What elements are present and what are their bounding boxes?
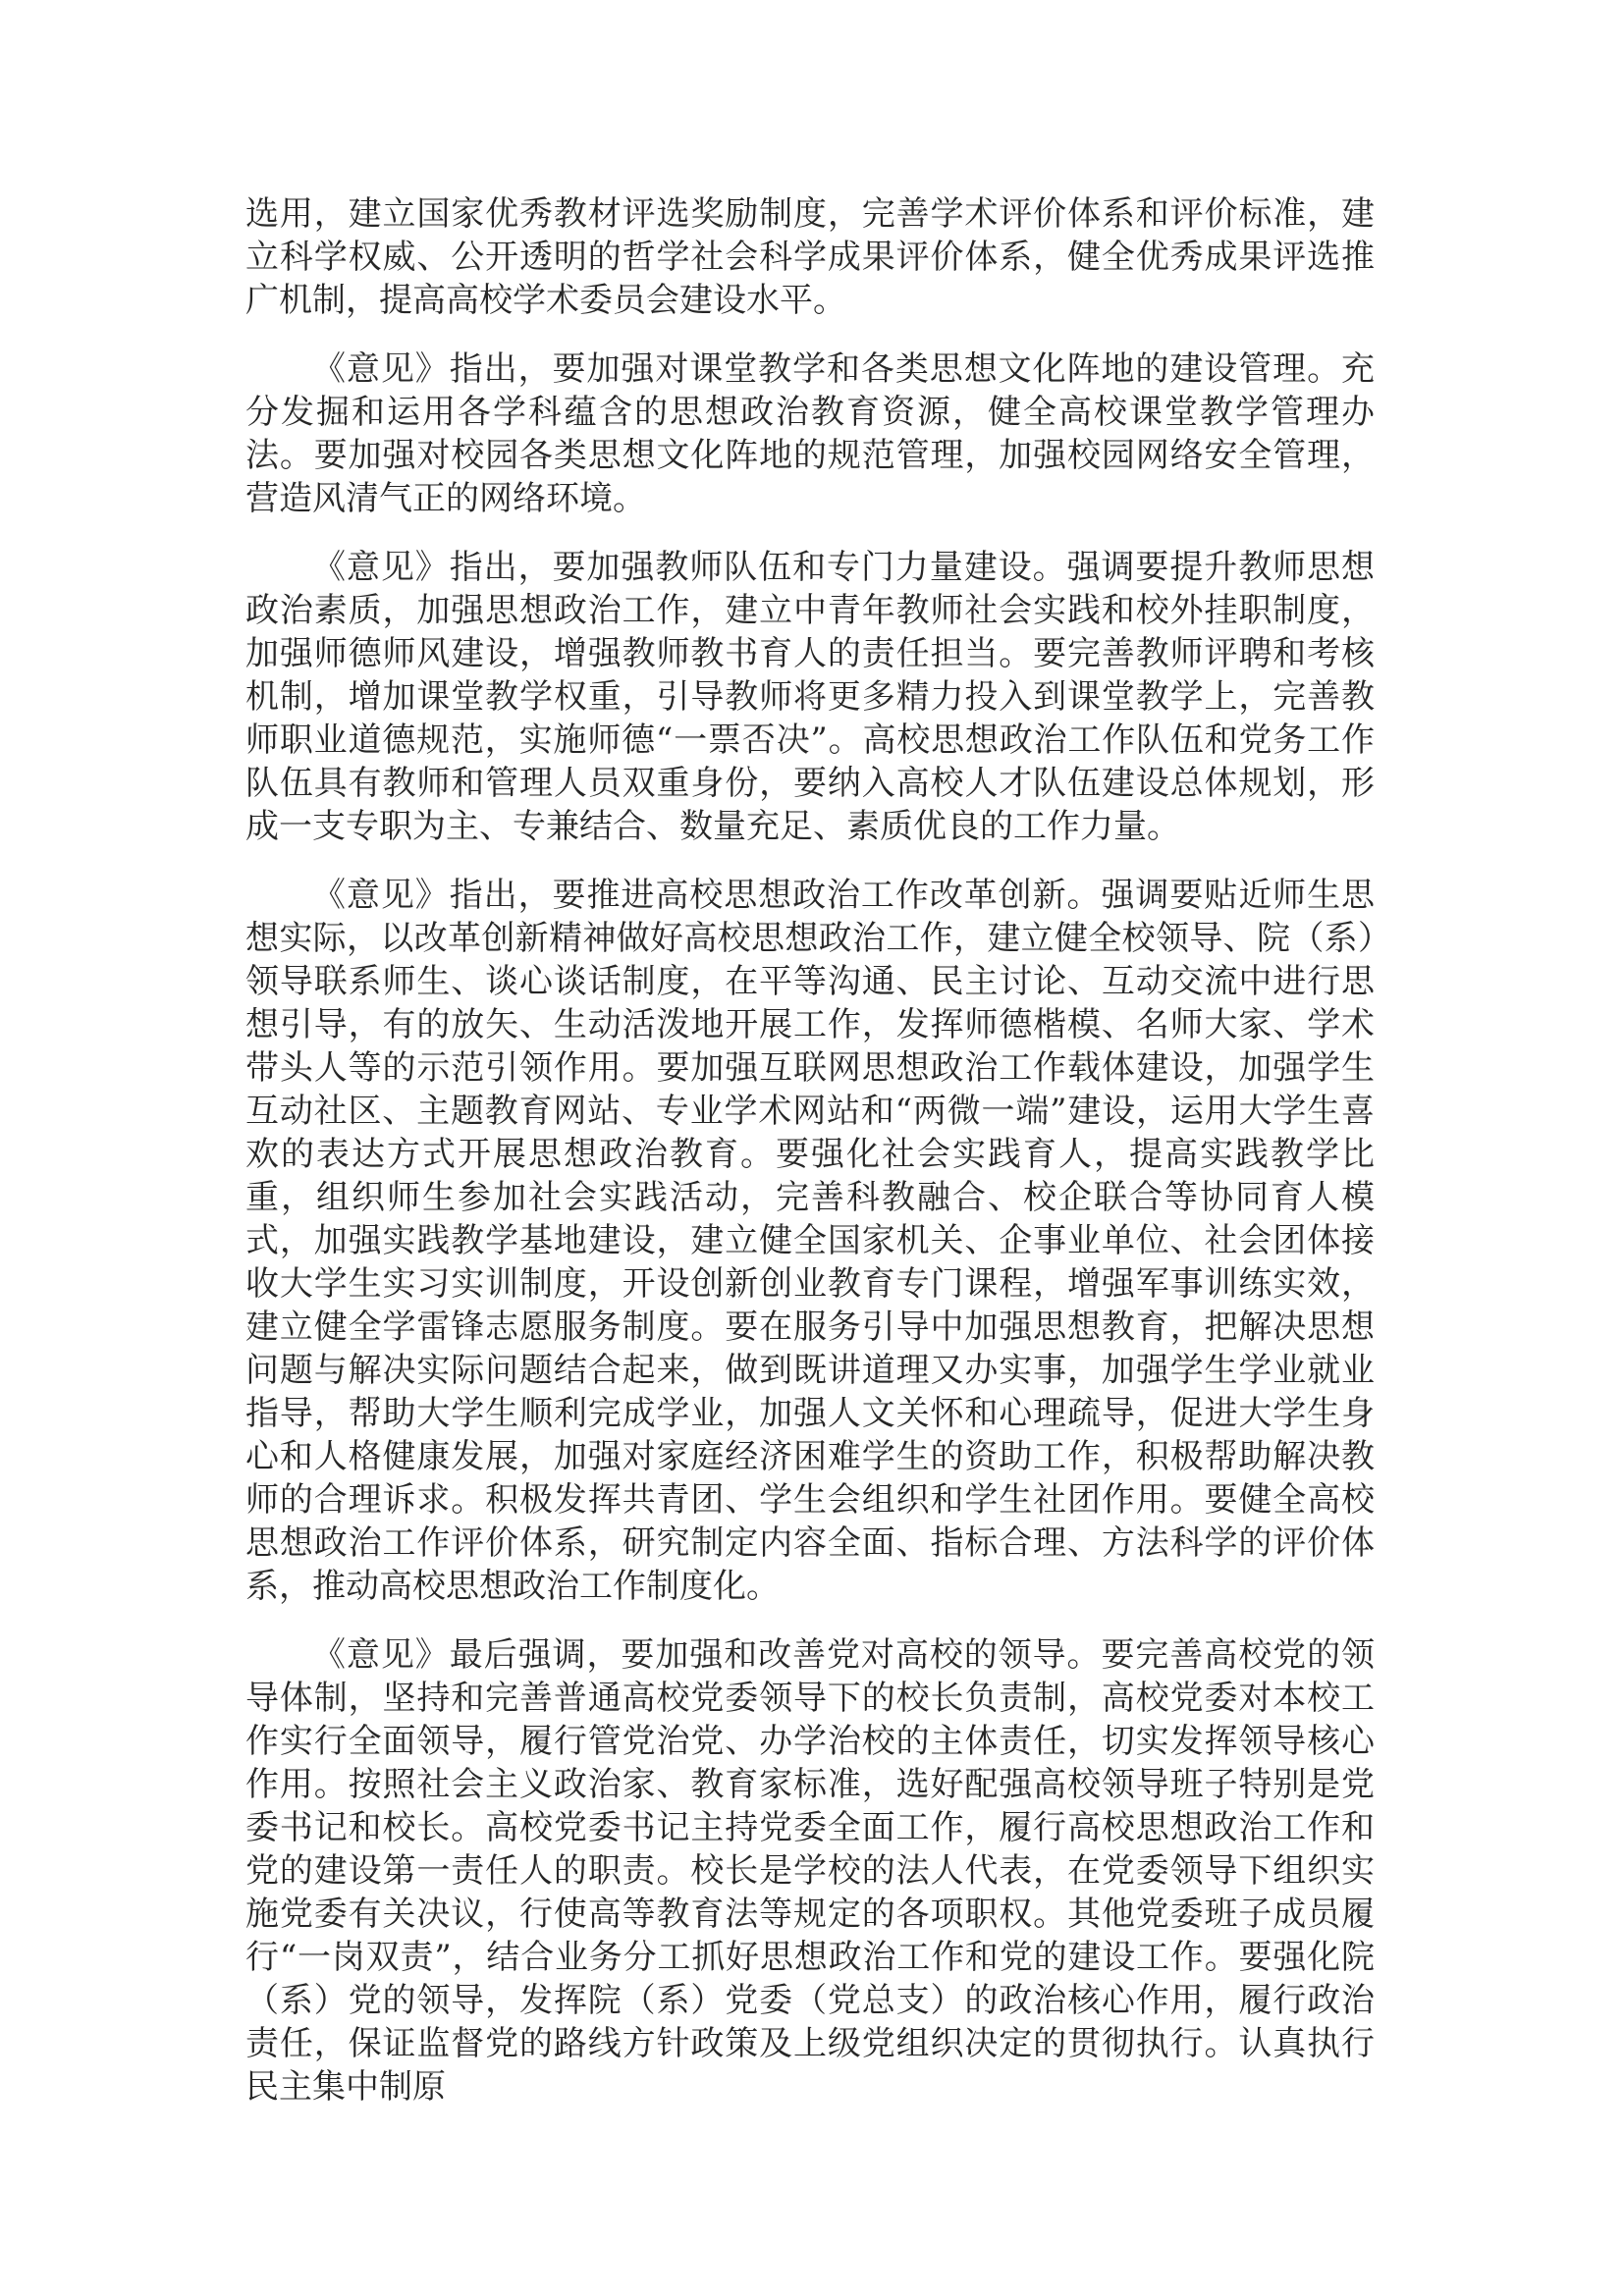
paragraph-reform-innovation: 《意见》指出，要推进高校思想政治工作改革创新。强调要贴近师生思想实际，以改革创新…	[245, 874, 1375, 1608]
paragraph-party-leadership: 《意见》最后强调，要加强和改善党对高校的领导。要完善高校党的领导体制，坚持和完善…	[245, 1633, 1375, 2109]
paragraph-textbook-evaluation: 选用，建立国家优秀教材评选奖励制度，完善学术评价体系和评价标准，建立科学权威、公…	[245, 192, 1375, 322]
paragraph-classroom-ideology-management: 《意见》指出，要加强对课堂教学和各类思想文化阵地的建设管理。充分发掘和运用各学科…	[245, 347, 1375, 520]
paragraph-teacher-workforce: 《意见》指出，要加强教师队伍和专门力量建设。强调要提升教师思想政治素质，加强思想…	[245, 546, 1375, 848]
document-page: 选用，建立国家优秀教材评选奖励制度，完善学术评价体系和评价标准，建立科学权威、公…	[0, 0, 1624, 2296]
